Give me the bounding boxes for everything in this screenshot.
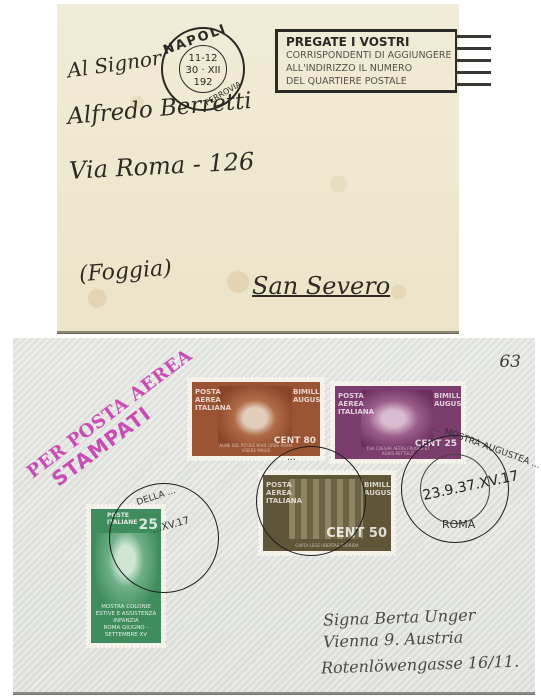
handwritten-street: Rotenlöwengasse 16/11.	[321, 652, 520, 678]
stamp-caption-main: MOSTRA COLONIE ESTIVE E ASSISTENZA INFAN…	[96, 604, 157, 624]
handwritten-street: Via Roma - 126	[68, 147, 255, 185]
handwritten-recipient: Signa Berta Unger	[323, 605, 476, 629]
handwritten-recipient: Alfredo Berretti	[66, 88, 252, 130]
postmark-arc-text: DELLA ...	[135, 486, 177, 508]
postmark-date: ...XV.17	[151, 515, 190, 535]
handwritten-town: San Severo	[252, 272, 390, 300]
stamp-country-text: POSTA AEREA ITALIANA	[338, 392, 360, 416]
slogan-line: CORRISPONDENTI DI AGGIUNGERE	[286, 49, 455, 62]
stamp-caption-sub: ROMA GIUGNO - SETTEMBRE XV	[104, 625, 149, 638]
round-postmark: DELLA ... ...XV.17	[109, 483, 219, 593]
slogan-cancel: PREGATE I VOSTRI CORRISPONDENTI DI AGGIU…	[275, 29, 457, 93]
stamp-caption: MOSTRA COLONIE ESTIVE E ASSISTENZA INFAN…	[93, 604, 159, 639]
handwritten-salutation: Al Signor	[66, 46, 163, 83]
slogan-line: PREGATE I VOSTRI	[286, 36, 455, 49]
bottom-cover: PER POSTA AEREA STAMPATI 63 POSTA AEREA …	[13, 338, 535, 694]
postmark-arc-text: ...	[287, 453, 296, 463]
stamp-issue-text: BIMILLENARIO AUGUSTEO	[434, 392, 458, 408]
postmark-date: 30 · XII	[163, 65, 243, 76]
stamp-issue-text: BIMILLENARIO AUGUSTEO	[293, 388, 317, 404]
handwritten-city: Vienna 9. Austria	[323, 628, 464, 652]
stamp-country-text: POSTA AEREA ITALIANA	[195, 388, 217, 412]
stamp-caption: ALME SOL POSSIS NIHIL URBE ROMA VISERE M…	[218, 443, 294, 453]
slogan-line: DEL QUARTIERE POSTALE	[286, 75, 455, 88]
reference-number: 63	[499, 352, 521, 372]
top-cover: NAPOLI 11-12 30 · XII 192 FERROVIA PREGA…	[57, 4, 459, 333]
round-postmark: ...	[256, 446, 366, 556]
postmark-time: 11-12	[163, 53, 243, 64]
postmark-city: ROMA	[442, 518, 475, 531]
slogan-line: ALL'INDIRIZZO IL NUMERO	[286, 62, 455, 75]
airmail-handstamp: PER POSTA AEREA	[23, 345, 196, 483]
stamp-issue-text: BIMILLENARIO AUGUSTEO	[364, 481, 388, 497]
handwritten-province: (Foggia)	[78, 256, 172, 287]
rome-postmark: ... MOSTRA AUGUSTEA ... 23.9.37.XV.17 RO…	[401, 435, 509, 543]
